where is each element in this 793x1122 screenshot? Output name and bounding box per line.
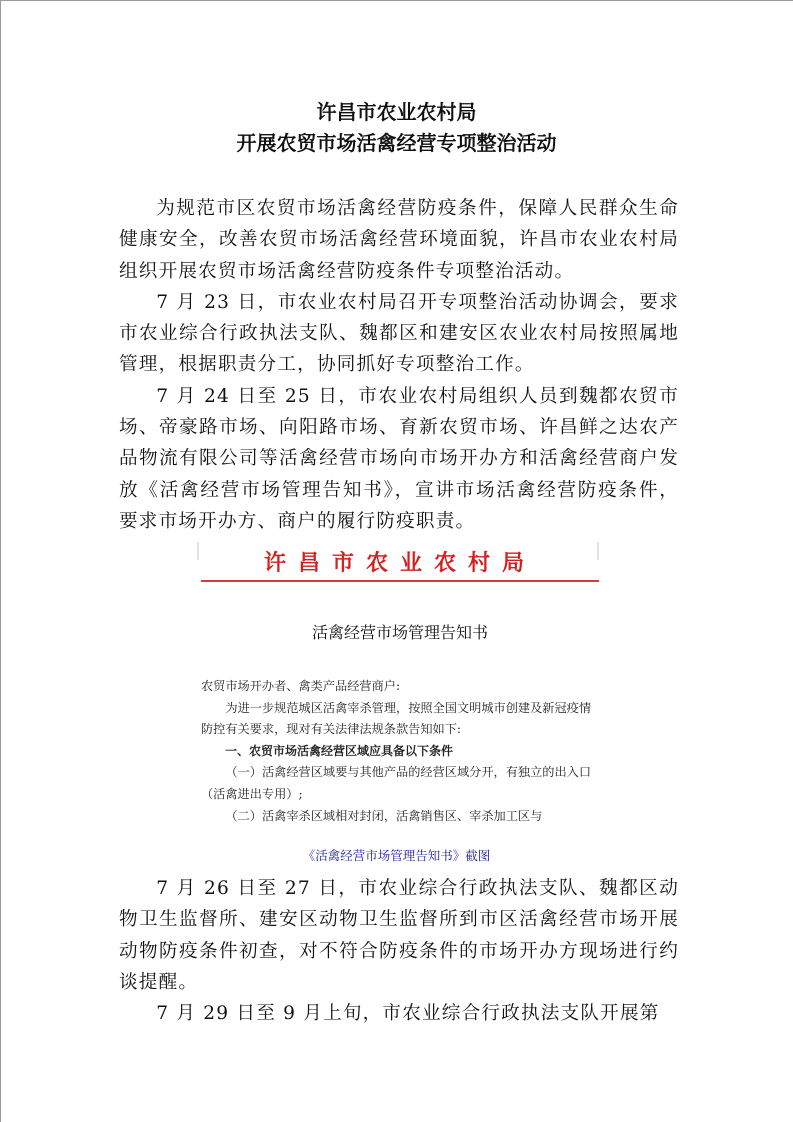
figure-caption: 《活禽经营市场管理告知书》截图 xyxy=(0,846,793,864)
document-title: 许昌市农业农村局 开展农贸市场活禽经营专项整治活动 xyxy=(0,97,793,159)
notice-salutation: 农贸市场开办者、禽类产品经营商户: xyxy=(201,676,601,698)
paragraph-july-26-27: 7 月 26 日至 27 日，市农业综合行政执法支队、魏都区动物卫生监督所、建安… xyxy=(119,873,679,998)
paragraph-july-24-25: 7 月 24 日至 25 日，市农业农村局组织人员到魏都农贸市场、帝豪路市场、向… xyxy=(119,381,679,537)
title-line-subject: 开展农贸市场活禽经营专项整治活动 xyxy=(0,128,793,159)
notice-item-2: （二）活禽宰杀区域相对封闭，活禽销售区、宰杀加工区与 xyxy=(201,806,601,828)
notice-title: 活禽经营市场管理告知书 xyxy=(195,620,605,643)
paragraph-july-23: 7 月 23 日，市农业农村局召开专项整治活动协调会，要求市农业综合行政执法支队… xyxy=(119,287,679,381)
notice-intro: 为进一步规范城区活禽宰杀管理，按照全国文明城市创建及新冠疫情防控有关要求，现对有… xyxy=(201,698,601,741)
notice-red-rule xyxy=(201,580,599,582)
title-line-org: 许昌市农业农村局 xyxy=(0,97,793,128)
notice-item-1: （一）活禽经营区域要与其他产品的经营区域分开，有独立的出入口（活禽进出专用）; xyxy=(201,762,601,805)
paragraph-july-29: 7 月 29 日至 9 月上旬，市农业综合行政执法支队开展第 xyxy=(119,998,679,1029)
body-section-top: 为规范市区农贸市场活禽经营防疫条件，保障人民群众生命健康安全，改善农贸市场活禽经… xyxy=(119,193,679,537)
notice-body: 农贸市场开办者、禽类产品经营商户: 为进一步规范城区活禽宰杀管理，按照全国文明城… xyxy=(201,676,601,827)
notice-org-header: 许昌市农业农村局 xyxy=(195,546,605,577)
body-section-bottom: 7 月 26 日至 27 日，市农业综合行政执法支队、魏都区动物卫生监督所、建安… xyxy=(119,873,679,1029)
notice-screenshot-figure: 许昌市农业农村局 活禽经营市场管理告知书 农贸市场开办者、禽类产品经营商户: 为… xyxy=(195,534,605,834)
paragraph-intro: 为规范市区农贸市场活禽经营防疫条件，保障人民群众生命健康安全，改善农贸市场活禽经… xyxy=(119,193,679,287)
notice-section-heading: 一、农贸市场活禽经营区域应具备以下条件 xyxy=(201,741,601,763)
